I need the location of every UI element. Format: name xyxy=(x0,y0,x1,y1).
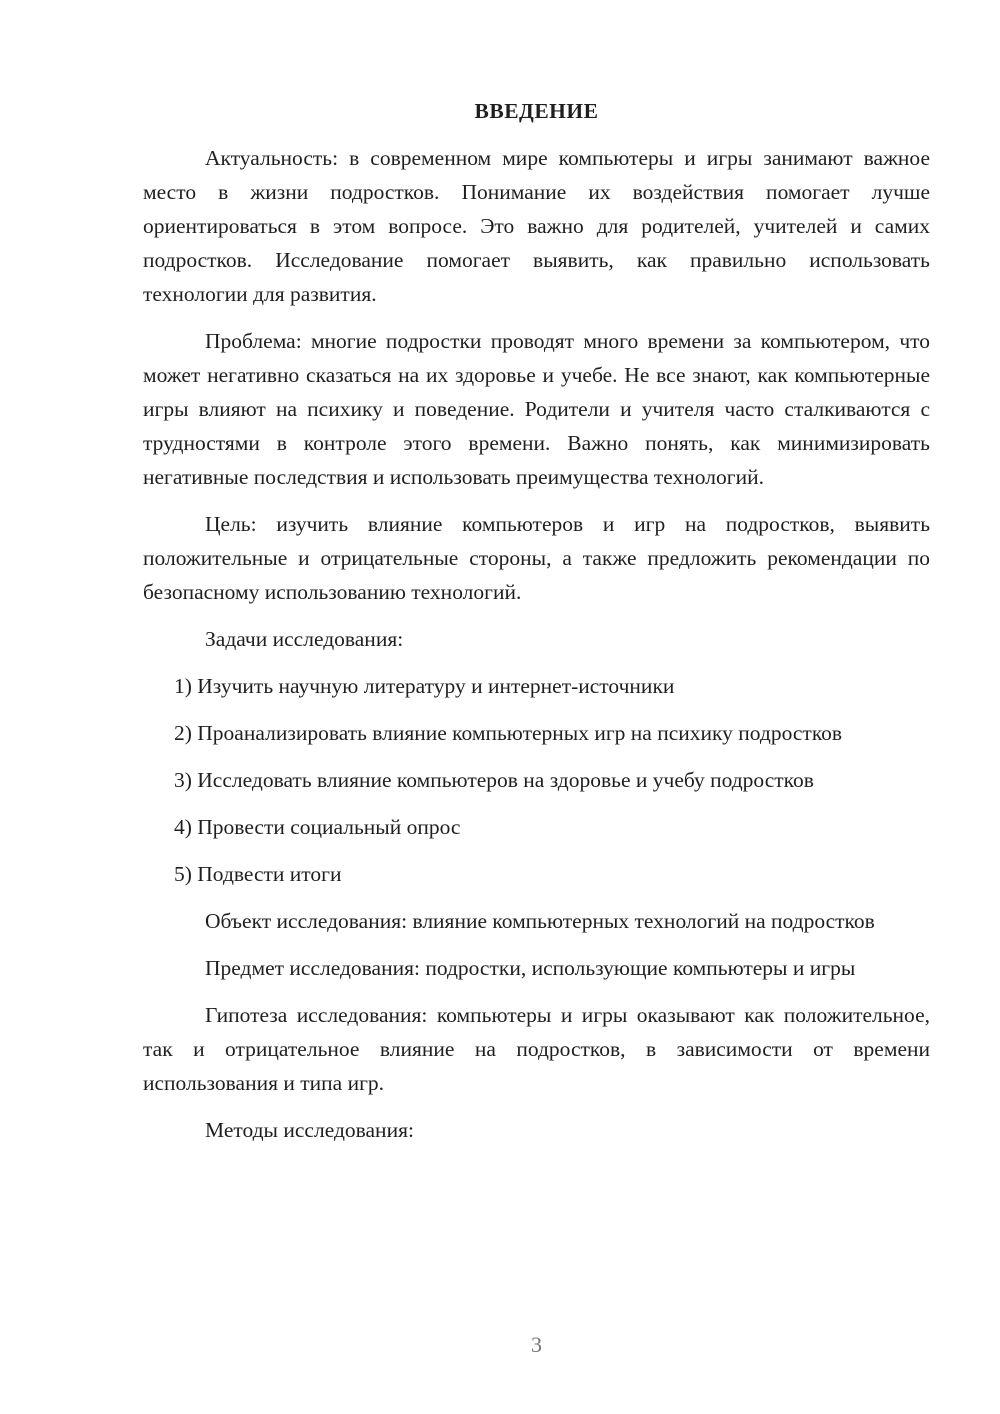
paragraphs-container: Актуальность: в современном мире компьют… xyxy=(143,141,930,1147)
tasks-heading: Задачи исследования: xyxy=(143,622,930,656)
document-content: ВВЕДЕНИЕ Актуальность: в современном мир… xyxy=(143,94,930,1160)
page-number: 3 xyxy=(143,1328,930,1362)
document-page: ВВЕДЕНИЕ Актуальность: в современном мир… xyxy=(0,0,1000,1414)
task-item-4: 4) Провести социальный опрос xyxy=(143,810,930,844)
task-item-5: 5) Подвести итоги xyxy=(143,857,930,891)
page-title: ВВЕДЕНИЕ xyxy=(143,94,930,128)
paragraph-hypothesis: Гипотеза исследования: компьютеры и игры… xyxy=(143,998,930,1100)
paragraph-subject: Предмет исследования: подростки, использ… xyxy=(143,951,930,985)
paragraph-problem: Проблема: многие подростки проводят мног… xyxy=(143,324,930,494)
task-item-1: 1) Изучить научную литературу и интернет… xyxy=(143,669,930,703)
task-item-3: 3) Исследовать влияние компьютеров на зд… xyxy=(143,763,930,797)
paragraph-goal: Цель: изучить влияние компьютеров и игр … xyxy=(143,507,930,609)
paragraph-relevance: Актуальность: в современном мире компьют… xyxy=(143,141,930,311)
paragraph-object: Объект исследования: влияние компьютерны… xyxy=(143,904,930,938)
task-item-2: 2) Проанализировать влияние компьютерных… xyxy=(143,716,930,750)
methods-heading: Методы исследования: xyxy=(143,1113,930,1147)
